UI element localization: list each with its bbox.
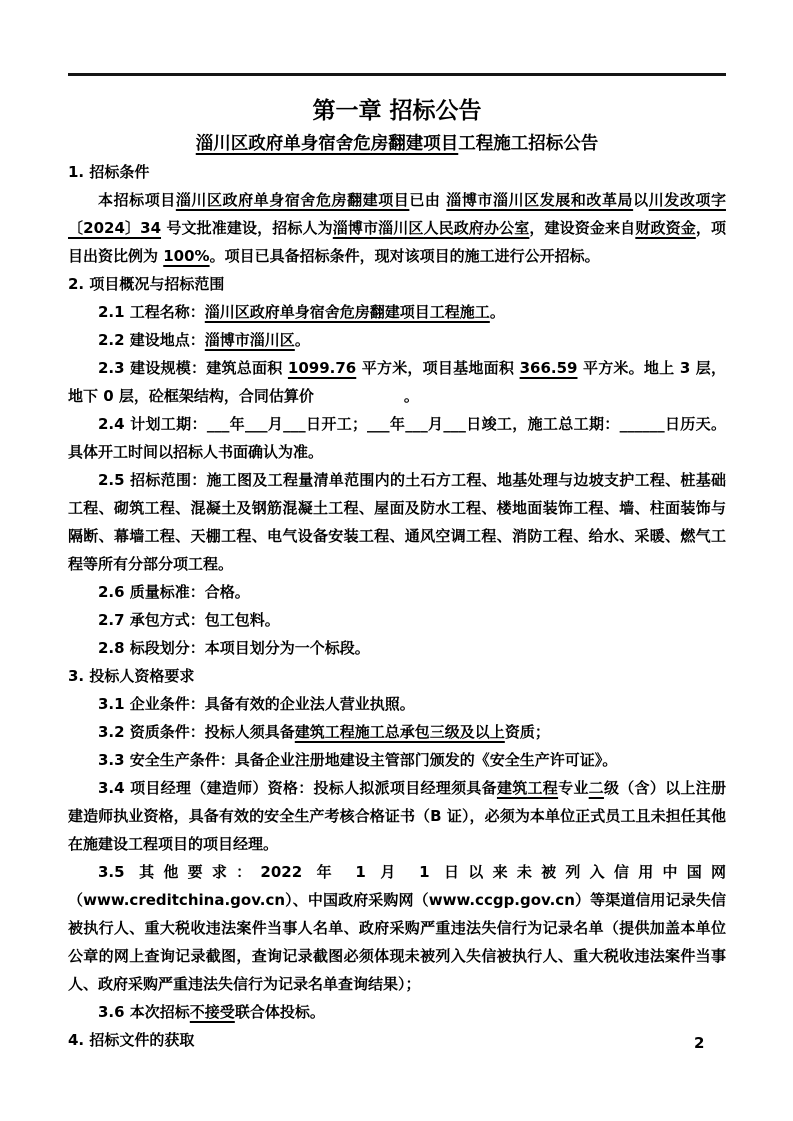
paragraph-3-2-qualification: 3.2 资质条件：投标人须具备建筑工程施工总承包三级及以上资质； — [68, 718, 726, 746]
underlined-text-run: 淄川区政府单身宿舍危房翻建项目 — [176, 191, 410, 209]
text-run: 3.2 资质条件：投标人须具备 — [98, 723, 295, 741]
text-run: 2.5 招标范围：施工图及工程量清单范围内的土石方工程、地基处理与边坡支护工程、… — [68, 471, 726, 573]
text-run: 2.3 建设规模：建筑总面积 — [98, 359, 288, 377]
text-run: 工程施工招标公告 — [458, 134, 598, 154]
paragraph-3-6-consortium: 3.6 本次招标不接受联合体投标。 — [68, 998, 726, 1026]
text-run: 2.6 质量标准：合格。 — [98, 583, 250, 601]
chapter-title: 第一章 招标公告 — [68, 96, 726, 126]
underlined-text-run: 366.59 — [520, 359, 578, 377]
text-run: 本招标项目 — [98, 191, 176, 209]
underlined-text-run: 淄川区政府单身宿舍危房翻建项目工程施工 — [205, 303, 490, 321]
text-run: 已由 — [409, 191, 446, 209]
underlined-text-run: 1099.76 — [288, 359, 356, 377]
text-run: 资质； — [505, 723, 550, 741]
text-run: 专业 — [558, 779, 589, 797]
section-heading-1: 1. 招标条件 — [68, 158, 726, 186]
paragraph-2-8-lots: 2.8 标段划分：本项目划分为一个标段。 — [68, 634, 726, 662]
underlined-text-run: 淄博市淄川区发展和改革局 — [446, 191, 633, 209]
text-run: 3.1 企业条件：具备有效的企业法人营业执照。 — [98, 695, 415, 713]
paragraph-1-intro: 本招标项目淄川区政府单身宿舍危房翻建项目已由 淄博市淄川区发展和改革局以川发改项… — [68, 186, 726, 270]
paragraph-3-5-other: 3.5 其他要求：2022 年 1 月 1 日以来未被列入信用中国网（www.c… — [68, 858, 726, 998]
text-run: 3.5 其他要求：2022 年 1 月 1 日以来未被列入信用中国网（www.c… — [68, 863, 726, 993]
section-heading-3: 3. 投标人资格要求 — [68, 662, 726, 690]
text-run: 2.2 建设地点： — [98, 331, 205, 349]
text-run: 。项目已具备招标条件，现对该项目的施工进行公开招标。 — [210, 247, 600, 265]
text-run: 3.3 安全生产条件：具备企业注册地建设主管部门颁发的《安全生产许可证》。 — [98, 751, 617, 769]
text-run: 2.8 标段划分：本项目划分为一个标段。 — [98, 639, 370, 657]
text-run: 联合体投标。 — [235, 1003, 325, 1021]
paragraph-2-6-quality: 2.6 质量标准：合格。 — [68, 578, 726, 606]
underlined-text-run: 财政资金 — [635, 219, 696, 237]
section-heading-4: 4. 招标文件的获取 — [68, 1026, 726, 1054]
underlined-text-run: 淄川区政府单身宿舍危房翻建项目 — [196, 134, 459, 154]
text-run: 2.1 工程名称： — [98, 303, 205, 321]
text-run: 3.4 项目经理（建造师）资格：投标人拟派项目经理须具备 — [98, 779, 497, 797]
text-run: 。 — [490, 303, 505, 321]
underlined-text-run: 二 — [589, 779, 604, 797]
document-page: 第一章 招标公告 淄川区政府单身宿舍危房翻建项目工程施工招标公告 1. 招标条件… — [0, 0, 793, 1121]
underlined-text-run: 建筑工程施工总承包三级及以上 — [295, 723, 505, 741]
underlined-text-run: 淄博市淄川区人民政府办公室 — [333, 219, 530, 237]
paragraph-2-5-scope: 2.5 招标范围：施工图及工程量清单范围内的土石方工程、地基处理与边坡支护工程、… — [68, 466, 726, 578]
header-rule — [68, 73, 726, 76]
text-run: ，建设资金来自 — [529, 219, 635, 237]
underlined-text-run: 不接受 — [190, 1003, 235, 1021]
underlined-text-run: 建筑工程 — [497, 779, 558, 797]
paragraph-2-7-contracting: 2.7 承包方式：包工包料。 — [68, 606, 726, 634]
paragraph-2-1-project-name: 2.1 工程名称：淄川区政府单身宿舍危房翻建项目工程施工。 — [68, 298, 726, 326]
paragraph-3-4-manager: 3.4 项目经理（建造师）资格：投标人拟派项目经理须具备建筑工程专业二级（含）以… — [68, 774, 726, 858]
paragraph-2-4-schedule: 2.4 计划工期：___年___月___日开工；___年___月___日竣工，施… — [68, 410, 726, 466]
text-run: 号文批准建设，招标人为 — [161, 219, 333, 237]
section-heading-2: 2. 项目概况与招标范围 — [68, 270, 726, 298]
document-content: 第一章 招标公告 淄川区政府单身宿舍危房翻建项目工程施工招标公告 1. 招标条件… — [68, 73, 726, 1054]
text-run: 2.4 计划工期：___年___月___日开工；___年___月___日竣工，施… — [68, 415, 726, 461]
document-subtitle: 淄川区政府单身宿舍危房翻建项目工程施工招标公告 — [68, 130, 726, 158]
text-run: 3.6 本次招标 — [98, 1003, 190, 1021]
paragraph-3-1-enterprise: 3.1 企业条件：具备有效的企业法人营业执照。 — [68, 690, 726, 718]
text-run: 以 — [633, 191, 649, 209]
page-number: 2 — [694, 1033, 704, 1053]
paragraph-2-2-location: 2.2 建设地点：淄博市淄川区。 — [68, 326, 726, 354]
paragraph-2-3-scale: 2.3 建设规模：建筑总面积 1099.76 平方米，项目基地面积 366.59… — [68, 354, 726, 410]
text-run: 2.7 承包方式：包工包料。 — [98, 611, 280, 629]
text-run: 。 — [295, 331, 310, 349]
text-run: 平方米，项目基地面积 — [356, 359, 519, 377]
underlined-text-run: 100% — [163, 247, 209, 265]
underlined-text-run: 淄博市淄川区 — [205, 331, 295, 349]
paragraph-3-3-safety: 3.3 安全生产条件：具备企业注册地建设主管部门颁发的《安全生产许可证》。 — [68, 746, 726, 774]
